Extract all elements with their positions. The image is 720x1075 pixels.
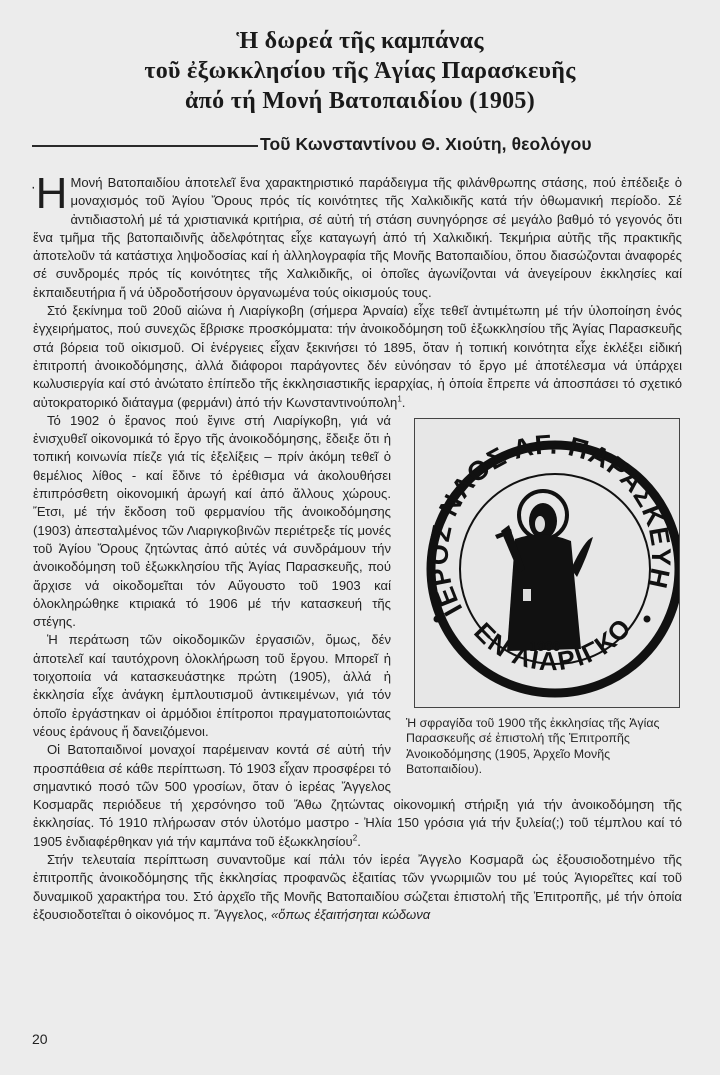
byline-row: Τοῦ Κωνσταντίνου Θ. Χιούτη, θεολόγου [32,131,682,157]
paragraph-6: Στήν τελευταία περίπτωση συναντοῦμε καί … [33,851,682,924]
article-body: ῾Η Μονή Βατοπαιδίου ἀποτελεῖ ἕνα χαρακτη… [33,174,682,924]
seal-figure: ΙΕΡΟΣ ΝΑΟΣ ΑΓ. ΠΑΡΑΣΚΕΥΗΣ ΕΝ ΛΙΑΡΙΓΚΟΒΗ [405,418,685,778]
title-line-2: τοῦ ἐξωκκλησίου τῆς Ἁγίας Παρασκευῆς [0,56,720,86]
church-seal-icon: ΙΕΡΟΣ ΝΑΟΣ ΑΓ. ΠΑΡΑΣΚΕΥΗΣ ΕΝ ΛΙΑΡΙΓΚΟΒΗ [415,419,679,707]
quoted-text: «ὅπως ἐξαιτήσηται κώδωνα [271,907,430,922]
page-number: 20 [32,1031,48,1047]
title-line-3: ἀπό τή Μονή Βατοπαιδίου (1905) [0,86,720,116]
svg-text:1900: 1900 [529,638,560,654]
byline-rule [32,145,258,147]
seal-image: ΙΕΡΟΣ ΝΑΟΣ ΑΓ. ΠΑΡΑΣΚΕΥΗΣ ΕΝ ΛΙΑΡΙΓΚΟΒΗ [414,418,680,708]
figure-caption: Ἡ σφραγίδα τοῦ 1900 τῆς ἐκκλησίας τῆς Ἁγ… [406,716,688,778]
article-title: Ἡ δωρεά τῆς καμπάνας τοῦ ἐξωκκλησίου τῆς… [0,26,720,116]
paragraph-2: Στό ξεκίνημα τοῦ 20οῦ αἰώνα ἡ Λιαρίγκοβη… [33,302,682,412]
paragraph-1: ῾Η Μονή Βατοπαιδίου ἀποτελεῖ ἕνα χαρακτη… [33,174,682,302]
author-byline: Τοῦ Κωνσταντίνου Θ. Χιούτη, θεολόγου [260,134,592,155]
drop-cap: ῾Η [31,176,67,212]
title-line-1: Ἡ δωρεά τῆς καμπάνας [0,26,720,56]
